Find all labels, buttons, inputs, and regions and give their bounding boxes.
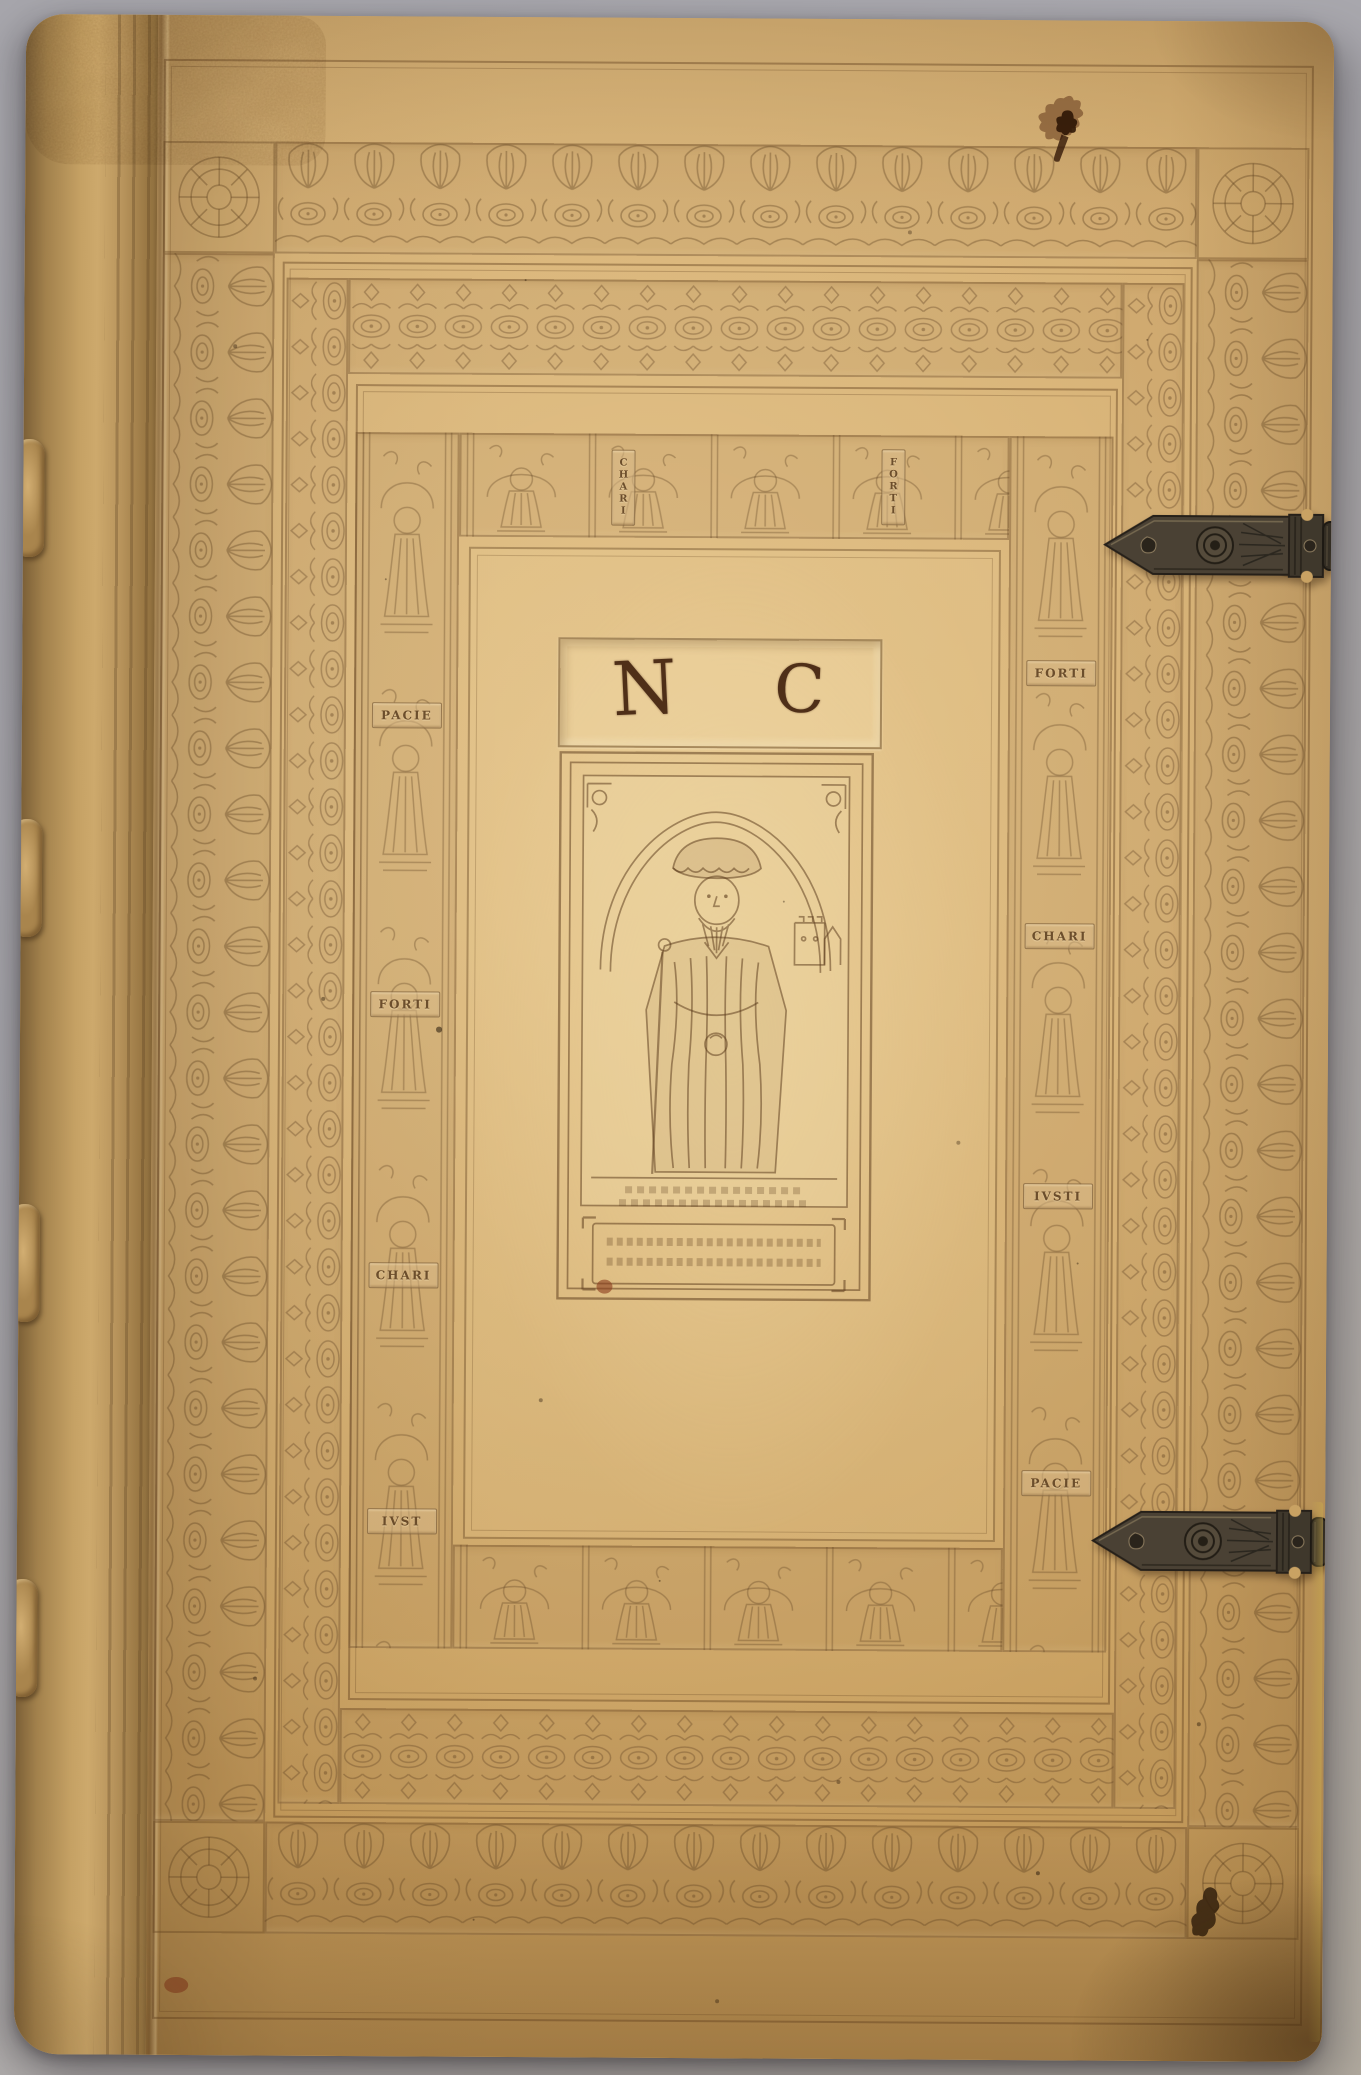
book-cover: PACIE FORTI CHARI IVST FORTI CHARI IVSTI… (14, 14, 1334, 2062)
photo-background: PACIE FORTI CHARI IVST FORTI CHARI IVSTI… (0, 0, 1361, 2075)
dirt-specks (26, 14, 28, 16)
soiling-shading (14, 14, 1334, 2062)
